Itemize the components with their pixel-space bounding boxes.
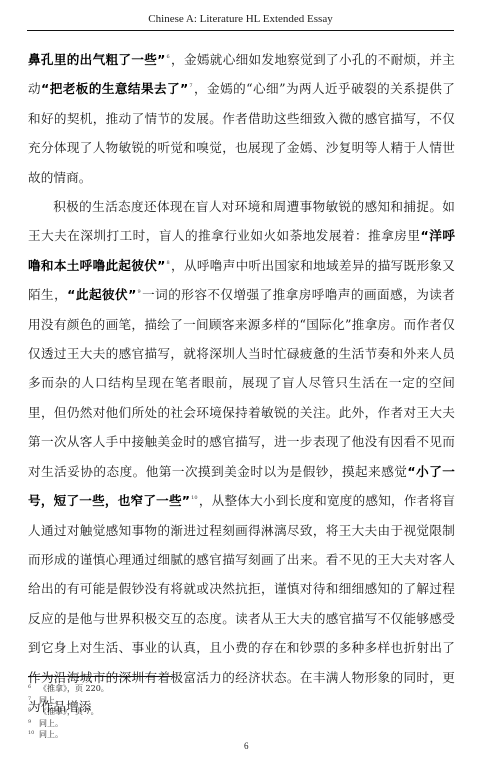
footnote-item: 7同上。: [28, 695, 328, 707]
footnote-number: 9: [28, 718, 39, 726]
footnote-item: 6《推拿》，页 220。: [28, 683, 328, 695]
footnote-text: 同上。: [39, 695, 63, 707]
footnote-ref[interactable]: 10: [191, 495, 198, 501]
footnote-item: 10同上。: [28, 729, 328, 741]
footnote-text: 《推拿》，页 7。: [39, 706, 99, 718]
quote: “把老板的生意结果去了”: [41, 81, 188, 96]
footnote-item: 9同上。: [28, 718, 328, 730]
footnote-ref[interactable]: 9: [137, 289, 140, 295]
footnote-text: 《推拿》，页 220。: [39, 683, 109, 695]
running-header: Chinese A: Literature HL Extended Essay: [27, 12, 454, 26]
quote: “此起彼伏”: [67, 287, 136, 302]
footnote-number: 10: [28, 729, 39, 737]
footnote-item: 8《推拿》，页 7。: [28, 706, 328, 718]
footnote-text: 同上。: [39, 718, 63, 730]
paragraph-1: 鼻孔里的出气粗了一些”6，金嫣就心细如发地察觉到了小孔的不耐烦，并主动“把老板的…: [28, 45, 455, 192]
footnote-number: 6: [28, 683, 39, 691]
footnote-number: 7: [28, 695, 39, 703]
text-run: ，从整体大小到长度和宽度的感知，作者将盲人通过对触觉感知事物的渐进过程刻画得淋漓…: [28, 493, 455, 714]
footnote-ref[interactable]: 6: [167, 54, 170, 60]
text-run: ，金嫣的“心细”为两人近乎破裂的关系提供了和好的契机，推动了情节的发展。作者借助…: [28, 81, 455, 184]
footnotes: 6《推拿》，页 220。 7同上。 8《推拿》，页 7。 9同上。 10同上。: [28, 683, 328, 741]
text-run: 积极的生活态度还体现在盲人对环境和周遭事物敏锐的感知和捕捉。如王大夫在深圳打工时…: [28, 199, 455, 243]
essay-body: 鼻孔里的出气粗了一些”6，金嫣就心细如发地察觉到了小孔的不耐烦，并主动“把老板的…: [28, 45, 455, 721]
page-number: 6: [244, 741, 249, 751]
footnote-divider: [28, 676, 172, 677]
text-run: 一词的形容不仅增强了推拿房呼噜声的画面感，为读者用没有颜色的画笔，描绘了一间顾客…: [28, 287, 455, 478]
paragraph-2: 积极的生活态度还体现在盲人对环境和周遭事物敏锐的感知和捕捉。如王大夫在深圳打工时…: [28, 192, 455, 721]
header-divider: [27, 30, 454, 31]
quote: 鼻孔里的出气粗了一些”: [28, 52, 166, 67]
footnote-ref[interactable]: 7: [189, 83, 192, 89]
footnote-number: 8: [28, 706, 39, 714]
footnote-ref[interactable]: 8: [167, 260, 170, 266]
footnote-text: 同上。: [39, 729, 63, 741]
